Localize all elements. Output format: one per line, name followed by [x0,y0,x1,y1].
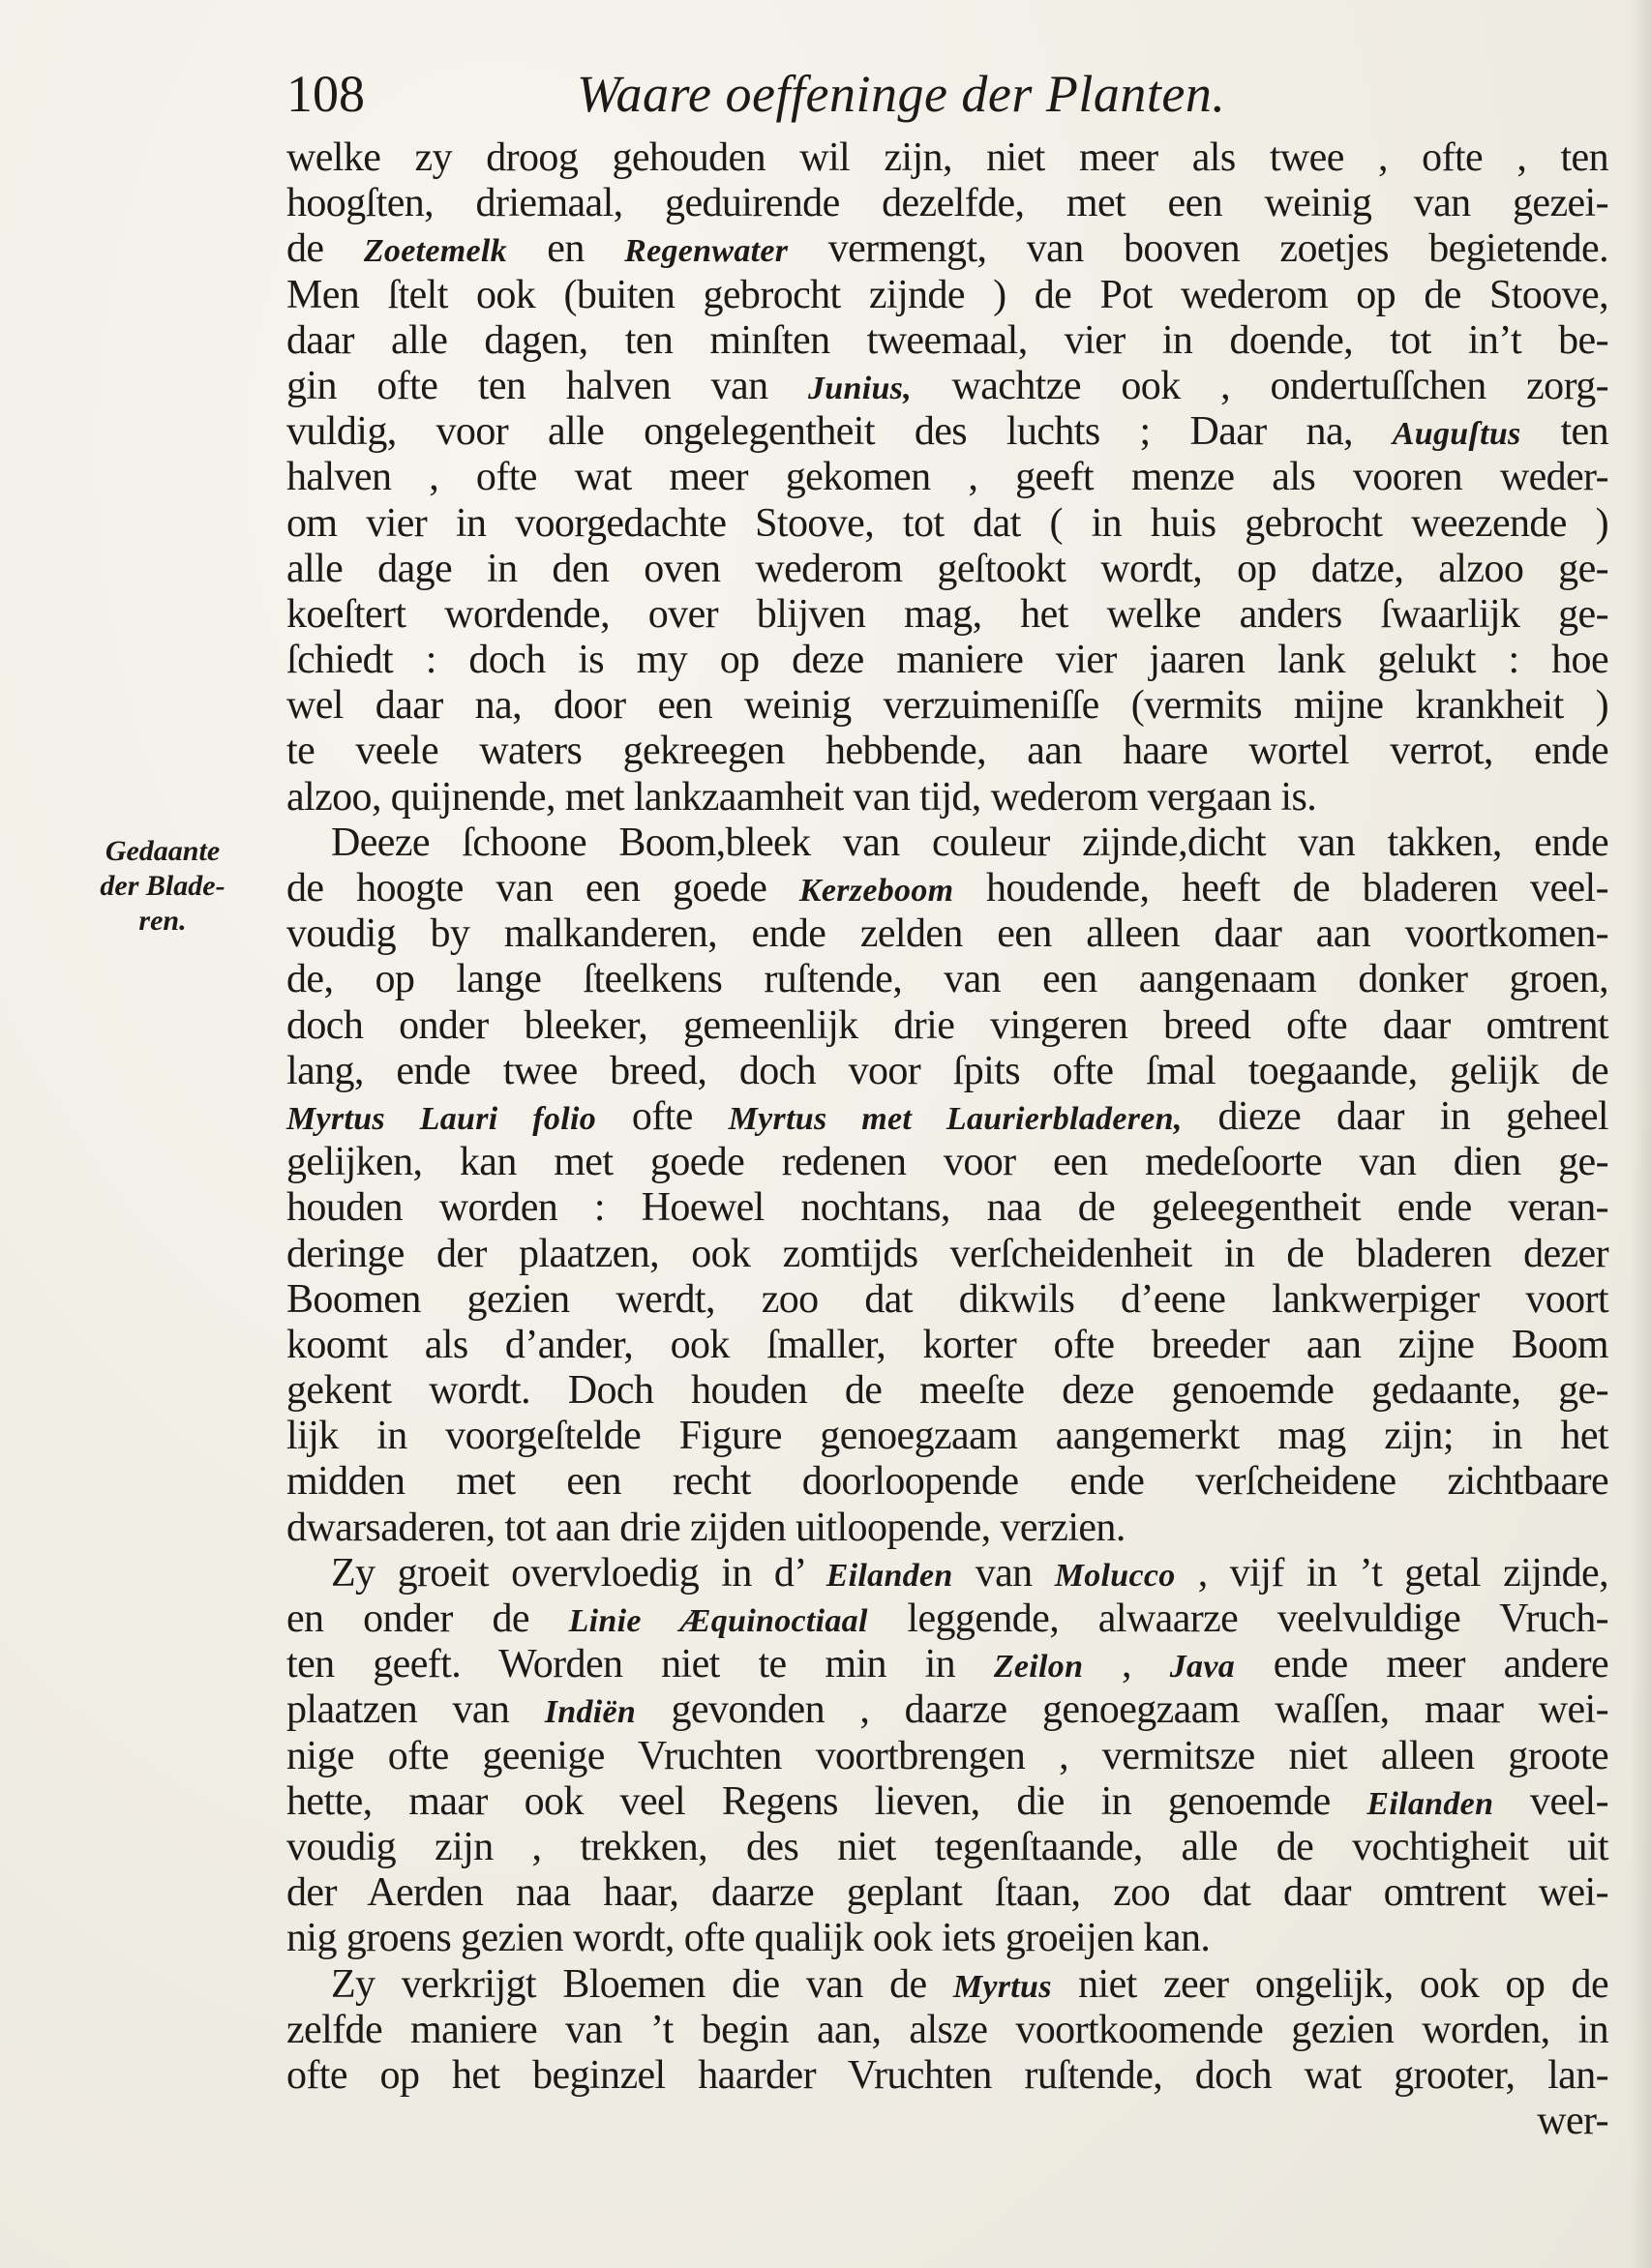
text-line: koeſtert wordende, over blijven mag, het… [286,592,1608,638]
text-line: houden worden : Hoewel nochtans, naa de … [286,1185,1608,1231]
paragraph-start-line: Zy verkrijgt Bloemen die van de Myrtus n… [286,1962,1608,2008]
text-line: daar alle dagen, ten minſten tweemaal, v… [286,318,1608,364]
text-line: hoogſten, driemaal, geduirende dezelfde,… [286,181,1608,226]
text-line: nig groens gezien wordt, ofte qualijk oo… [286,1916,1608,1961]
text-line: welke zy droog gehouden wil zijn, niet m… [286,135,1608,181]
text-line: te veele waters gekreegen hebbende, aan … [286,729,1608,774]
text-line: de hoogte van een goede Kerzeboom houden… [286,866,1608,911]
text-line: vuldig, voor alle ongelegentheit des luc… [286,409,1608,455]
text-line: Men ſtelt ook (buiten gebrocht zijnde ) … [286,273,1608,318]
catchword: wer- [286,2099,1608,2144]
text-line: Myrtus Lauri folio ofte Myrtus met Lauri… [286,1094,1608,1140]
page-header: 108 Waare oeffeninge der Planten. [286,60,1622,128]
text-line: alzoo, quijnende, met lankzaamheit van t… [286,775,1608,821]
paragraph-start-line: Zy groeit overvloedig in d’ Eilanden van… [286,1551,1608,1597]
text-line: ofte op het beginzel haarder Vruchten ru… [286,2053,1608,2099]
text-line: ſchiedt : doch is my op deze maniere vie… [286,638,1608,683]
text-line: midden met een recht doorloopende ende v… [286,1459,1608,1505]
paragraph-start-line: Deeze ſchoone Boom,bleek van couleur zij… [286,821,1608,866]
text-line: plaatzen van Indiën gevonden , daarze ge… [286,1687,1608,1733]
text-line: gekent wordt. Doch houden de meeſte deze… [286,1368,1608,1414]
text-line: om vier in voorgedachte Stoove, tot dat … [286,501,1608,547]
page-edge-shadow [1630,0,1651,2268]
text-line: alle dage in den oven wederom geſtookt w… [286,547,1608,592]
text-line: de Zoetemelk en Regenwater vermengt, van… [286,226,1608,272]
text-line: der Aerden naa haar, daarze geplant ſtaa… [286,1870,1608,1916]
text-line: voudig zijn , trekken, des niet tegenſta… [286,1825,1608,1870]
text-line: en onder de Linie Æquinoctiaal leggende,… [286,1597,1608,1642]
text-line: gin ofte ten halven van Junius, wachtze … [286,364,1608,409]
text-line: voudig by malkanderen, ende zelden een a… [286,911,1608,957]
text-line: nige ofte geenige Vruchten voortbrengen … [286,1734,1608,1779]
text-line: doch onder bleeker, gemeenlijk drie ving… [286,1003,1608,1049]
text-line: lijk in voorgeſtelde Figure genoegzaam a… [286,1414,1608,1459]
text-line: de, op lange ſteelkens ruſtende, van een… [286,957,1608,1002]
text-line: deringe der plaatzen, ook zomtijds verſc… [286,1232,1608,1277]
text-line: halven , ofte wat meer gekomen , geeft m… [286,455,1608,500]
text-line: wel daar na, door een weinig verzuimeniſ… [286,683,1608,729]
text-line: ten geeft. Worden niet te min in Zeilon … [286,1642,1608,1687]
text-line: hette, maar ook veel Regens lieven, die … [286,1779,1608,1825]
text-line: koomt als d’ander, ook ſmaller, korter o… [286,1323,1608,1368]
page-number: 108 [286,60,365,128]
text-line: gelijken, kan met goede redenen voor een… [286,1140,1608,1185]
body-text: welke zy droog gehouden wil zijn, niet m… [286,135,1608,2144]
text-line: dwarsaderen, tot aan drie zijden uitloop… [286,1506,1608,1551]
margin-note-line: der Blade- [75,869,250,904]
text-line: zelfde maniere van ’t begin aan, alsze v… [286,2008,1608,2053]
text-line: Boomen gezien werdt, zoo dat dikwils d’e… [286,1277,1608,1323]
margin-note-line: ren. [75,904,250,939]
margin-note: Gedaante der Blade- ren. [75,834,250,939]
text-line: lang, ende twee breed, doch voor ſpits o… [286,1049,1608,1094]
margin-note-line: Gedaante [75,834,250,869]
running-title: Waare oeffeninge der Planten. [577,60,1225,128]
